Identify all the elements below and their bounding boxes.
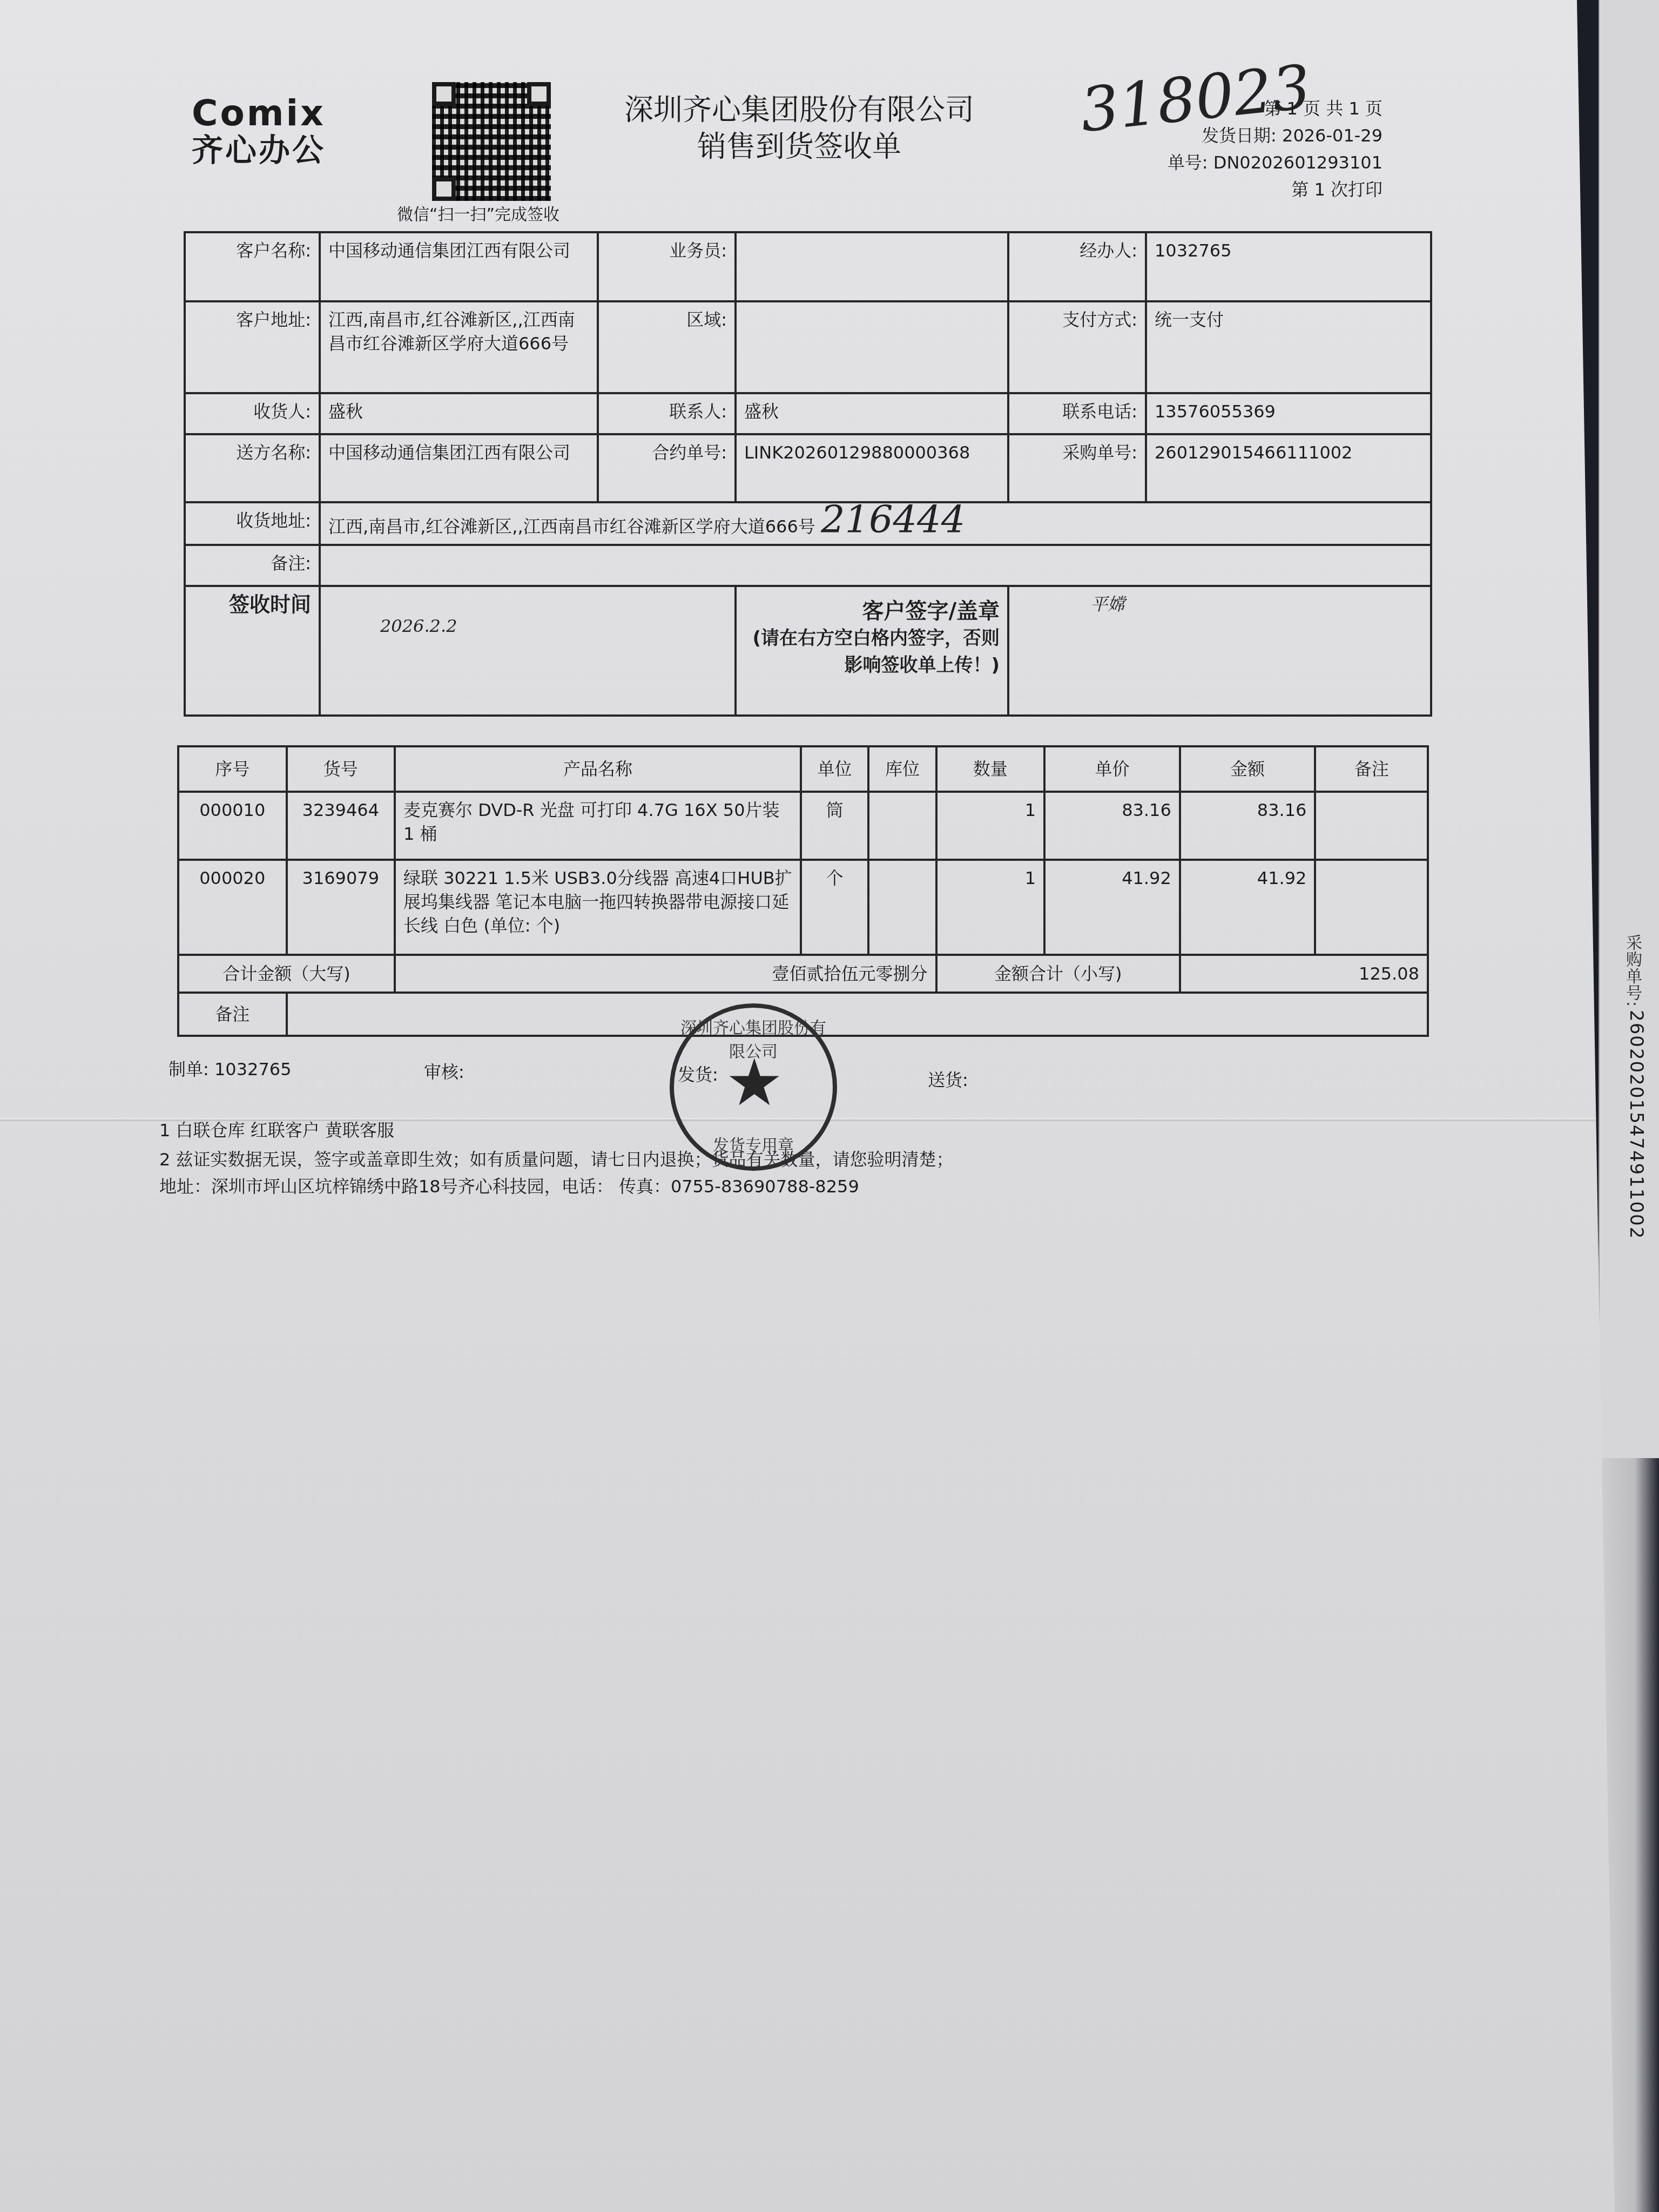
receiver: 盛秋 [320,393,598,434]
company-address: 地址：深圳市坪山区坑梓锦绣中路18号齐心科技园，电话： 传真：0755-8369… [159,1173,859,1198]
item-amount: 83.16 [1180,792,1316,860]
item-amount: 41.92 [1180,860,1316,955]
company-name: 深圳齐心集团股份有限公司 [610,92,988,129]
salesperson-label: 业务员: [598,232,736,301]
item-name: 麦克赛尔 DVD-R 光盘 可打印 4.7G 16X 50片装 1 桶 [395,792,801,860]
receiver-label: 收货人: [185,393,320,434]
ship-date-value: 2026-01-29 [1282,125,1382,146]
col-amount: 金额 [1180,746,1316,792]
contract-number: LINK20260129880000368 [736,434,1008,502]
stamp-purpose-text: 发货专用章 [674,1132,833,1156]
col-sku: 货号 [287,746,395,792]
table-row: 000010 3239464 麦克赛尔 DVD-R 光盘 可打印 4.7G 16… [178,792,1428,860]
col-qty: 数量 [936,746,1045,792]
table-header-row: 序号 货号 产品名称 单位 库位 数量 单价 金额 备注 [178,746,1428,792]
document-title: 深圳齐心集团股份有限公司 销售到货签收单 [610,92,988,165]
col-unit: 单位 [801,746,868,792]
col-price: 单价 [1044,746,1180,792]
purchase-label: 采购单号: [1008,434,1146,502]
table-row: 000020 3169079 绿联 30221 1.5米 USB3.0分线器 高… [178,860,1428,955]
signature-instructions: 客户签字/盖章 (请在右方空白格内签字，否则影响签收单上传！) [736,586,1008,716]
item-qty: 1 [936,860,1045,955]
phone: 13576055369 [1146,393,1431,434]
item-name: 绿联 30221 1.5米 USB3.0分线器 高速4口HUB扩展坞集线器 笔记… [395,860,801,955]
product-items-table: 序号 货号 产品名称 单位 库位 数量 单价 金额 备注 000010 3239… [177,745,1429,1037]
region-label: 区域: [598,301,736,393]
ship-to: 中国移动通信集团江西有限公司 [320,434,598,502]
contact: 盛秋 [736,393,1008,434]
item-unit: 个 [801,860,868,955]
star-icon: ★ [725,1051,784,1116]
maker-value: 1032765 [214,1059,292,1080]
qr-caption: 微信“扫一扫”完成签收 [397,201,559,225]
item-remark [1315,792,1428,860]
salesperson [736,232,1008,301]
sign-time-label: 签收时间 [185,586,320,716]
item-location [868,860,936,955]
col-remark: 备注 [1315,746,1428,792]
print-count: 第 1 次打印 [1168,176,1382,203]
logo-chinese: 齐心办公 [192,132,326,168]
underlying-purchase-number: 260202015474911002 [1626,1010,1647,1239]
logo-english: Comix [192,95,326,132]
customer-name-label: 客户名称: [185,232,320,301]
order-number: 单号: DN0202601293101 [1168,149,1382,176]
remark-label: 备注: [185,545,320,586]
delivery-handwritten-note: 216444 [821,497,965,542]
bottom-remark-label: 备注 [178,993,287,1036]
review-label: 审核: [424,1058,464,1083]
page-info: 第 1 页 共 1 页 [1168,95,1382,122]
handler-label: 经办人: [1008,232,1146,301]
total-row: 合计金额（大写) 壹佰贰拾伍元零捌分 金额合计（小写) 125.08 [178,955,1428,993]
qr-code-icon[interactable] [432,82,551,201]
item-sku: 3169079 [287,860,395,955]
total-lower-label: 金额合计（小写) [936,955,1180,993]
document-meta: 第 1 页 共 1 页 发货日期: 2026-01-29 单号: DN02026… [1168,95,1382,203]
customer-address-label: 客户地址: [185,301,320,393]
validity-note: 2 兹证实数据无误，签字或盖章即生效；如有质量问题，请七日内退换；货品有关数量，… [159,1146,954,1171]
total-upper-label: 合计金额（大写) [178,955,395,993]
total-lower: 125.08 [1180,955,1428,993]
ship-date: 发货日期: 2026-01-29 [1168,122,1382,149]
customer-name: 中国移动通信集团江西有限公司 [320,232,598,301]
item-price: 41.92 [1044,860,1180,955]
signature-label: 客户签字/盖章 [744,598,1000,625]
customer-address: 江西,南昌市,红谷滩新区,,江西南昌市红谷滩新区学府大道666号 [320,301,598,393]
copy-distribution-note: 1 白联仓库 红联客户 黄联客服 [159,1117,394,1142]
total-upper: 壹佰贰拾伍元零捌分 [395,955,936,993]
item-unit: 筒 [801,792,868,860]
deliver-label: 送货: [928,1067,968,1091]
item-sku: 3239464 [287,792,395,860]
col-product-name: 产品名称 [395,746,801,792]
handler: 1032765 [1146,232,1431,301]
col-seq: 序号 [178,746,287,792]
item-location [868,792,936,860]
region [736,301,1008,393]
item-seq: 000020 [178,860,287,955]
payment-label: 支付方式: [1008,301,1146,393]
order-number-value: DN0202601293101 [1213,152,1382,173]
sign-time-handwritten: 2026.2.2 [320,586,736,716]
payment-method: 统一支付 [1146,301,1431,393]
delivery-receipt-paper: Comix 齐心办公 微信“扫一扫”完成签收 深圳齐心集团股份有限公司 销售到货… [0,0,1615,2212]
contract-label: 合约单号: [598,434,736,502]
company-seal-stamp: 深圳齐心集团股份有限公司 ★ 发货专用章 [670,1003,837,1171]
col-location: 库位 [868,746,936,792]
ship-to-label: 送方名称: [185,434,320,502]
bottom-remark [287,993,1428,1036]
form-title: 销售到货签收单 [610,129,988,165]
item-remark [1315,860,1428,955]
remark [320,545,1431,586]
purchase-number: 260129015466111002 [1146,434,1431,502]
maker: 制单: 1032765 [168,1056,291,1081]
underlying-purchase-label: 采购单号: [1620,934,1644,1007]
item-price: 83.16 [1044,792,1180,860]
item-seq: 000010 [178,792,287,860]
item-qty: 1 [936,792,1045,860]
comix-logo: Comix 齐心办公 [192,95,326,168]
signature-note: (请在右方空白格内签字，否则影响签收单上传！) [744,625,1000,679]
contact-label: 联系人: [598,393,736,434]
customer-info-table: 客户名称: 中国移动通信集团江西有限公司 业务员: 经办人: 1032765 客… [184,231,1432,717]
delivery-address: 江西,南昌市,红谷滩新区,,江西南昌市红谷滩新区学府大道666号 216444 [320,502,1431,545]
phone-label: 联系电话: [1008,393,1146,434]
customer-signature[interactable]: 平嫦 [1008,586,1431,716]
delivery-address-label: 收货地址: [185,502,320,545]
